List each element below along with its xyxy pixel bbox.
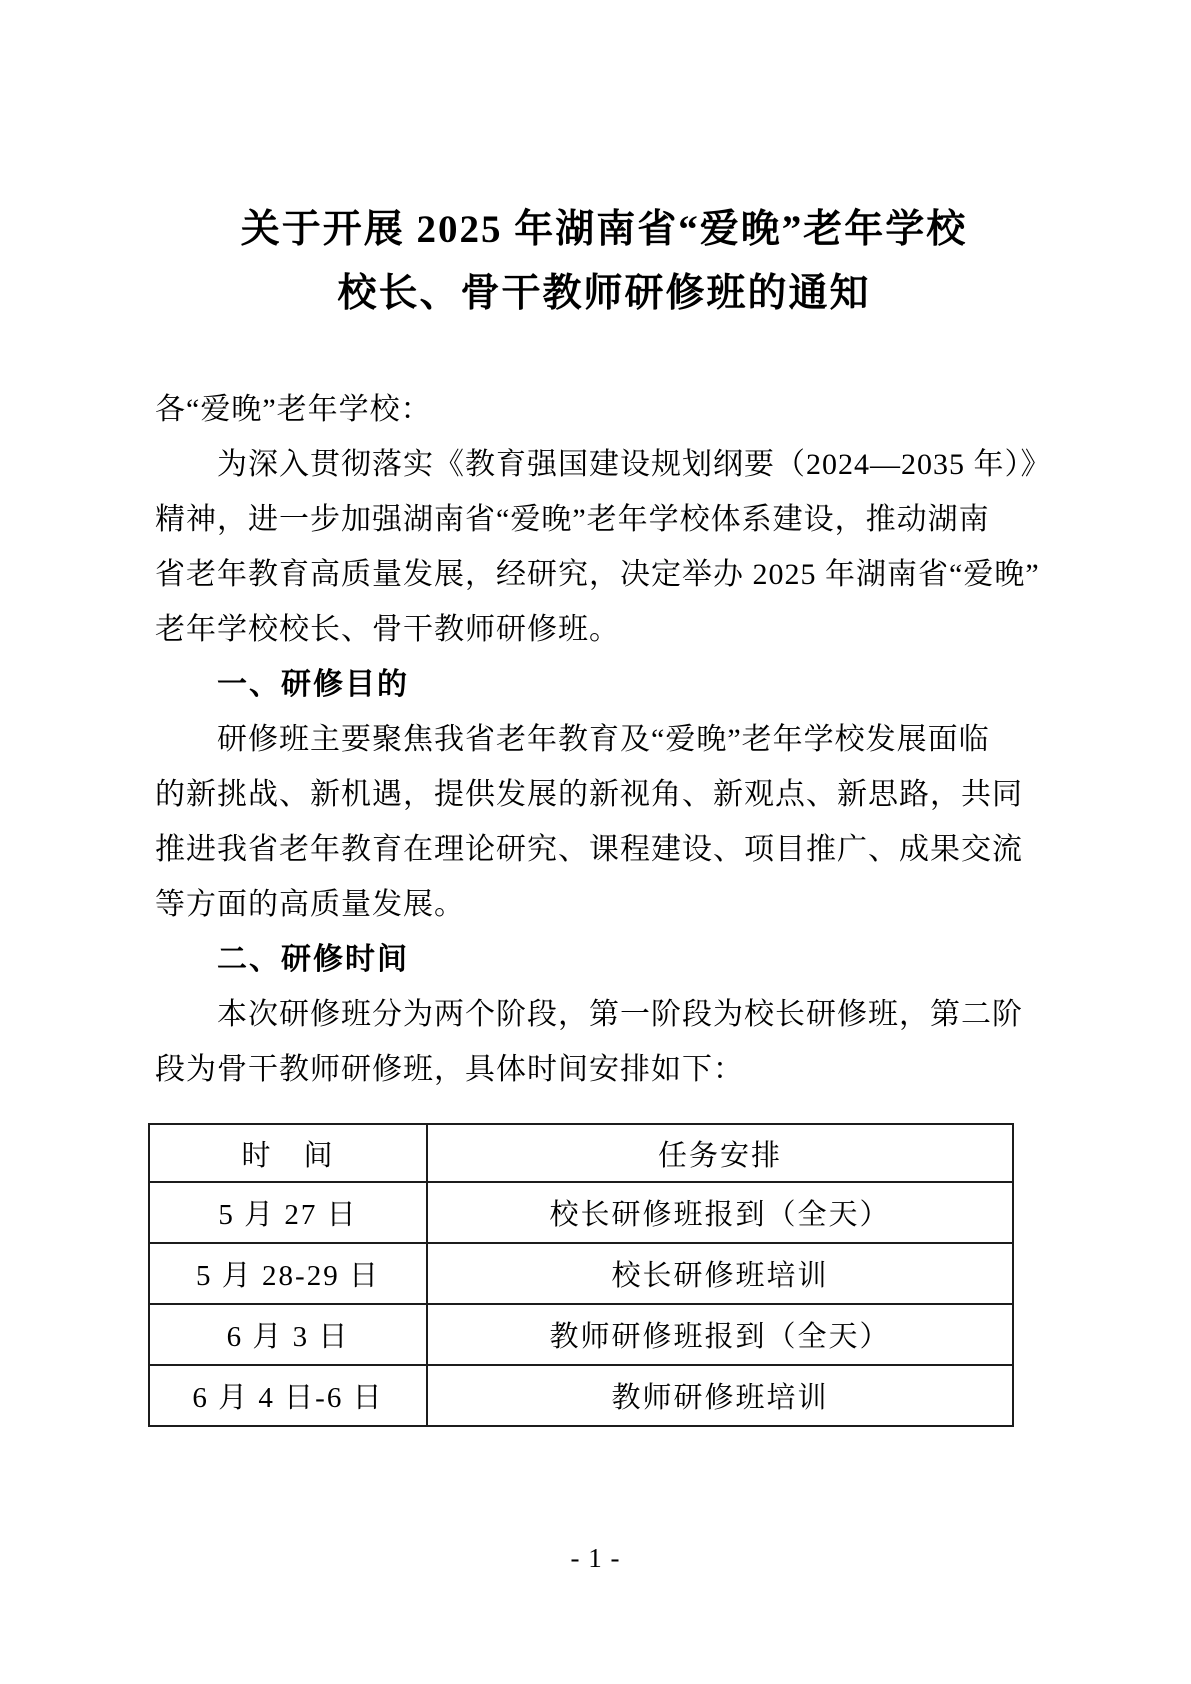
page-number: - 1 -	[0, 1543, 1191, 1574]
document-content: 关于开展 2025 年湖南省“爱晚”老年学校校长、骨干教师研修班的通知 各“爱晚…	[0, 0, 1191, 1427]
body-line: 等方面的高质量发展。	[155, 877, 1053, 932]
document-title: 关于开展 2025 年湖南省“爱晚”老年学校校长、骨干教师研修班的通知	[155, 198, 1053, 326]
schedule-table: 时 间任务安排 5 月 27 日校长研修班报到（全天）5 月 28-29 日校长…	[148, 1123, 1014, 1427]
body-line: 老年学校校长、骨干教师研修班。	[155, 602, 1053, 657]
task-cell: 校长研修班培训	[427, 1243, 1013, 1304]
body-line: 推进我省老年教育在理论研究、课程建设、项目推广、成果交流	[155, 822, 1053, 877]
table-body: 5 月 27 日校长研修班报到（全天）5 月 28-29 日校长研修班培训6 月…	[149, 1182, 1013, 1426]
table-row: 5 月 28-29 日校长研修班培训	[149, 1243, 1013, 1304]
body-line: 段为骨干教师研修班，具体时间安排如下：	[155, 1042, 1053, 1097]
body-line: 研修班主要聚焦我省老年教育及“爱晚”老年学校发展面临	[155, 712, 1053, 767]
title-line: 校长、骨干教师研修班的通知	[155, 262, 1053, 326]
body-line: 精神，进一步加强湖南省“爱晚”老年学校体系建设，推动湖南	[155, 492, 1053, 547]
table-row: 5 月 27 日校长研修班报到（全天）	[149, 1182, 1013, 1243]
section-heading: 一、研修目的	[155, 657, 1053, 712]
body-line: 的新挑战、新机遇，提供发展的新视角、新观点、新思路，共同	[155, 767, 1053, 822]
body-line: 本次研修班分为两个阶段，第一阶段为校长研修班，第二阶	[155, 987, 1053, 1042]
body-line: 省老年教育高质量发展，经研究，决定举办 2025 年湖南省“爱晚”	[155, 547, 1053, 602]
title-line: 关于开展 2025 年湖南省“爱晚”老年学校	[155, 198, 1053, 262]
document-page: 关于开展 2025 年湖南省“爱晚”老年学校校长、骨干教师研修班的通知 各“爱晚…	[0, 0, 1191, 1684]
column-header: 时 间	[149, 1124, 427, 1182]
task-cell: 教师研修班培训	[427, 1365, 1013, 1426]
task-cell: 校长研修班报到（全天）	[427, 1182, 1013, 1243]
time-cell: 6 月 3 日	[149, 1304, 427, 1365]
time-cell: 5 月 27 日	[149, 1182, 427, 1243]
column-header: 任务安排	[427, 1124, 1013, 1182]
time-cell: 6 月 4 日-6 日	[149, 1365, 427, 1426]
table-row: 6 月 4 日-6 日教师研修班培训	[149, 1365, 1013, 1426]
table-header-row: 时 间任务安排	[149, 1124, 1013, 1182]
table-row: 6 月 3 日教师研修班报到（全天）	[149, 1304, 1013, 1365]
section-heading: 二、研修时间	[155, 932, 1053, 987]
body-line: 为深入贯彻落实《教育强国建设规划纲要（2024—2035 年）》	[155, 437, 1053, 492]
time-cell: 5 月 28-29 日	[149, 1243, 427, 1304]
document-body: 各“爱晚”老年学校：为深入贯彻落实《教育强国建设规划纲要（2024—2035 年…	[155, 382, 1053, 1097]
task-cell: 教师研修班报到（全天）	[427, 1304, 1013, 1365]
body-line: 各“爱晚”老年学校：	[155, 382, 1053, 437]
